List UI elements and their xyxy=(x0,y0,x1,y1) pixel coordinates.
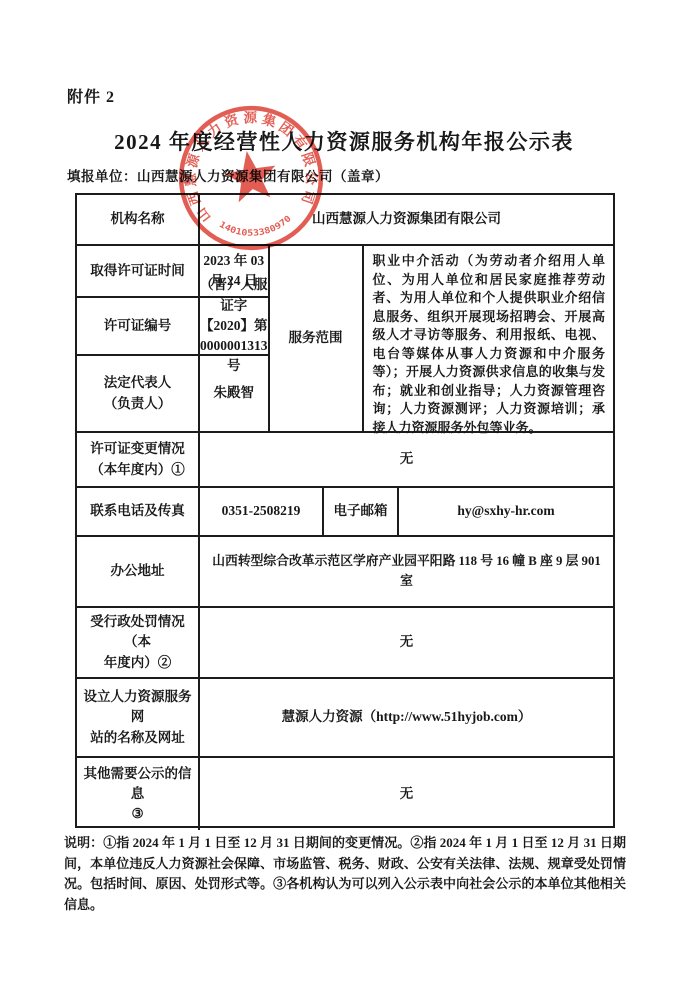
org-name-label: 机构名称 xyxy=(77,195,200,244)
license-change-label-line2: （本年度内）① xyxy=(90,460,185,480)
license-no-line1: （晋）人服证字 xyxy=(200,275,268,316)
legal-rep-label-line2: （负责人） xyxy=(104,394,172,414)
table-row-legal-rep: 法定代表人 （负责人） 朱殿智 xyxy=(77,356,268,431)
penalty-value: 无 xyxy=(200,608,613,677)
other-info-label: 其他需要公示的信息 ③ xyxy=(77,758,200,830)
document-page: { "page": { "attachment_label": "附件 2", … xyxy=(0,0,688,1000)
filer-label: 填报单位： xyxy=(67,169,137,184)
contact-phone: 0351-2508219 xyxy=(200,488,324,535)
page-title: 2024 年度经营性人力资源服务机构年报公示表 xyxy=(0,126,688,156)
license-no-value: （晋）人服证字 【2020】第 0000001313 号 xyxy=(200,298,268,354)
table-row-license-change: 许可证变更情况 （本年度内）① 无 xyxy=(77,433,613,488)
address-value: 山西转型综合改革示范区学府产业园平阳路 118 号 16 幢 B 座 9 层 9… xyxy=(200,537,613,606)
license-change-label-line1: 许可证变更情况 xyxy=(90,439,185,459)
license-subtable: 取得许可证时间 2023 年 03 月 24 日 许可证编号 （晋）人服证字 【… xyxy=(77,246,270,431)
contact-email-label: 电子邮箱 xyxy=(324,488,399,535)
filer-value: 山西慧源人力资源集团有限公司（盖章） xyxy=(137,169,389,184)
website-label-line2: 站的名称及网址 xyxy=(90,728,185,748)
service-scope-label: 服务范围 xyxy=(270,246,364,431)
table-row-org-name: 机构名称 山西慧源人力资源集团有限公司 xyxy=(77,195,613,246)
table-row-address: 办公地址 山西转型综合改革示范区学府产业园平阳路 118 号 16 幢 B 座 … xyxy=(77,537,613,608)
table-row-license-no: 许可证编号 （晋）人服证字 【2020】第 0000001313 号 xyxy=(77,298,268,356)
other-info-label-line2: ③ xyxy=(131,804,143,824)
service-scope-value: 职业中介活动（为劳动者介绍用人单位、为用人单位和居民家庭推荐劳动者、为用人单位和… xyxy=(364,246,614,431)
footnote: 说明：①指 2024 年 1 月 1 日至 12 月 31 日期间的变更情况。②… xyxy=(64,833,626,915)
website-label: 设立人力资源服务网 站的名称及网址 xyxy=(77,679,200,756)
license-no-line2: 【2020】第 xyxy=(200,316,268,336)
filer-line: 填报单位：山西慧源人力资源集团有限公司（盖章） xyxy=(67,165,389,185)
table-row-contact: 联系电话及传真 0351-2508219 电子邮箱 hy@sxhy-hr.com xyxy=(77,488,613,537)
table-row-license-block: 取得许可证时间 2023 年 03 月 24 日 许可证编号 （晋）人服证字 【… xyxy=(77,246,613,433)
license-change-value: 无 xyxy=(200,433,613,486)
website-value: 慧源人力资源（http://www.51hyjob.com） xyxy=(200,679,613,756)
other-info-label-line1: 其他需要公示的信息 xyxy=(77,764,198,805)
contact-email: hy@sxhy-hr.com xyxy=(399,488,613,535)
annual-report-table: 机构名称 山西慧源人力资源集团有限公司 取得许可证时间 2023 年 03 月 … xyxy=(75,193,615,828)
table-row-website: 设立人力资源服务网 站的名称及网址 慧源人力资源（http://www.51hy… xyxy=(77,679,613,758)
contact-label: 联系电话及传真 xyxy=(77,488,200,535)
penalty-label-line2: 年度内）② xyxy=(104,653,172,673)
penalty-label-line1: 受行政处罚情况（本 xyxy=(77,612,198,653)
other-info-value: 无 xyxy=(200,758,613,830)
license-change-label: 许可证变更情况 （本年度内）① xyxy=(77,433,200,486)
penalty-label: 受行政处罚情况（本 年度内）② xyxy=(77,608,200,677)
license-no-label: 许可证编号 xyxy=(77,298,200,354)
table-row-penalty: 受行政处罚情况（本 年度内）② 无 xyxy=(77,608,613,679)
website-label-line1: 设立人力资源服务网 xyxy=(77,687,198,728)
license-date-label: 取得许可证时间 xyxy=(77,246,200,296)
legal-rep-label: 法定代表人 （负责人） xyxy=(77,356,200,431)
org-name-value: 山西慧源人力资源集团有限公司 xyxy=(200,195,613,244)
legal-rep-value: 朱殿智 xyxy=(200,356,268,431)
table-row-other-info: 其他需要公示的信息 ③ 无 xyxy=(77,758,613,830)
attachment-label: 附件 2 xyxy=(67,84,115,107)
legal-rep-label-line1: 法定代表人 xyxy=(104,373,172,393)
address-label: 办公地址 xyxy=(77,537,200,606)
